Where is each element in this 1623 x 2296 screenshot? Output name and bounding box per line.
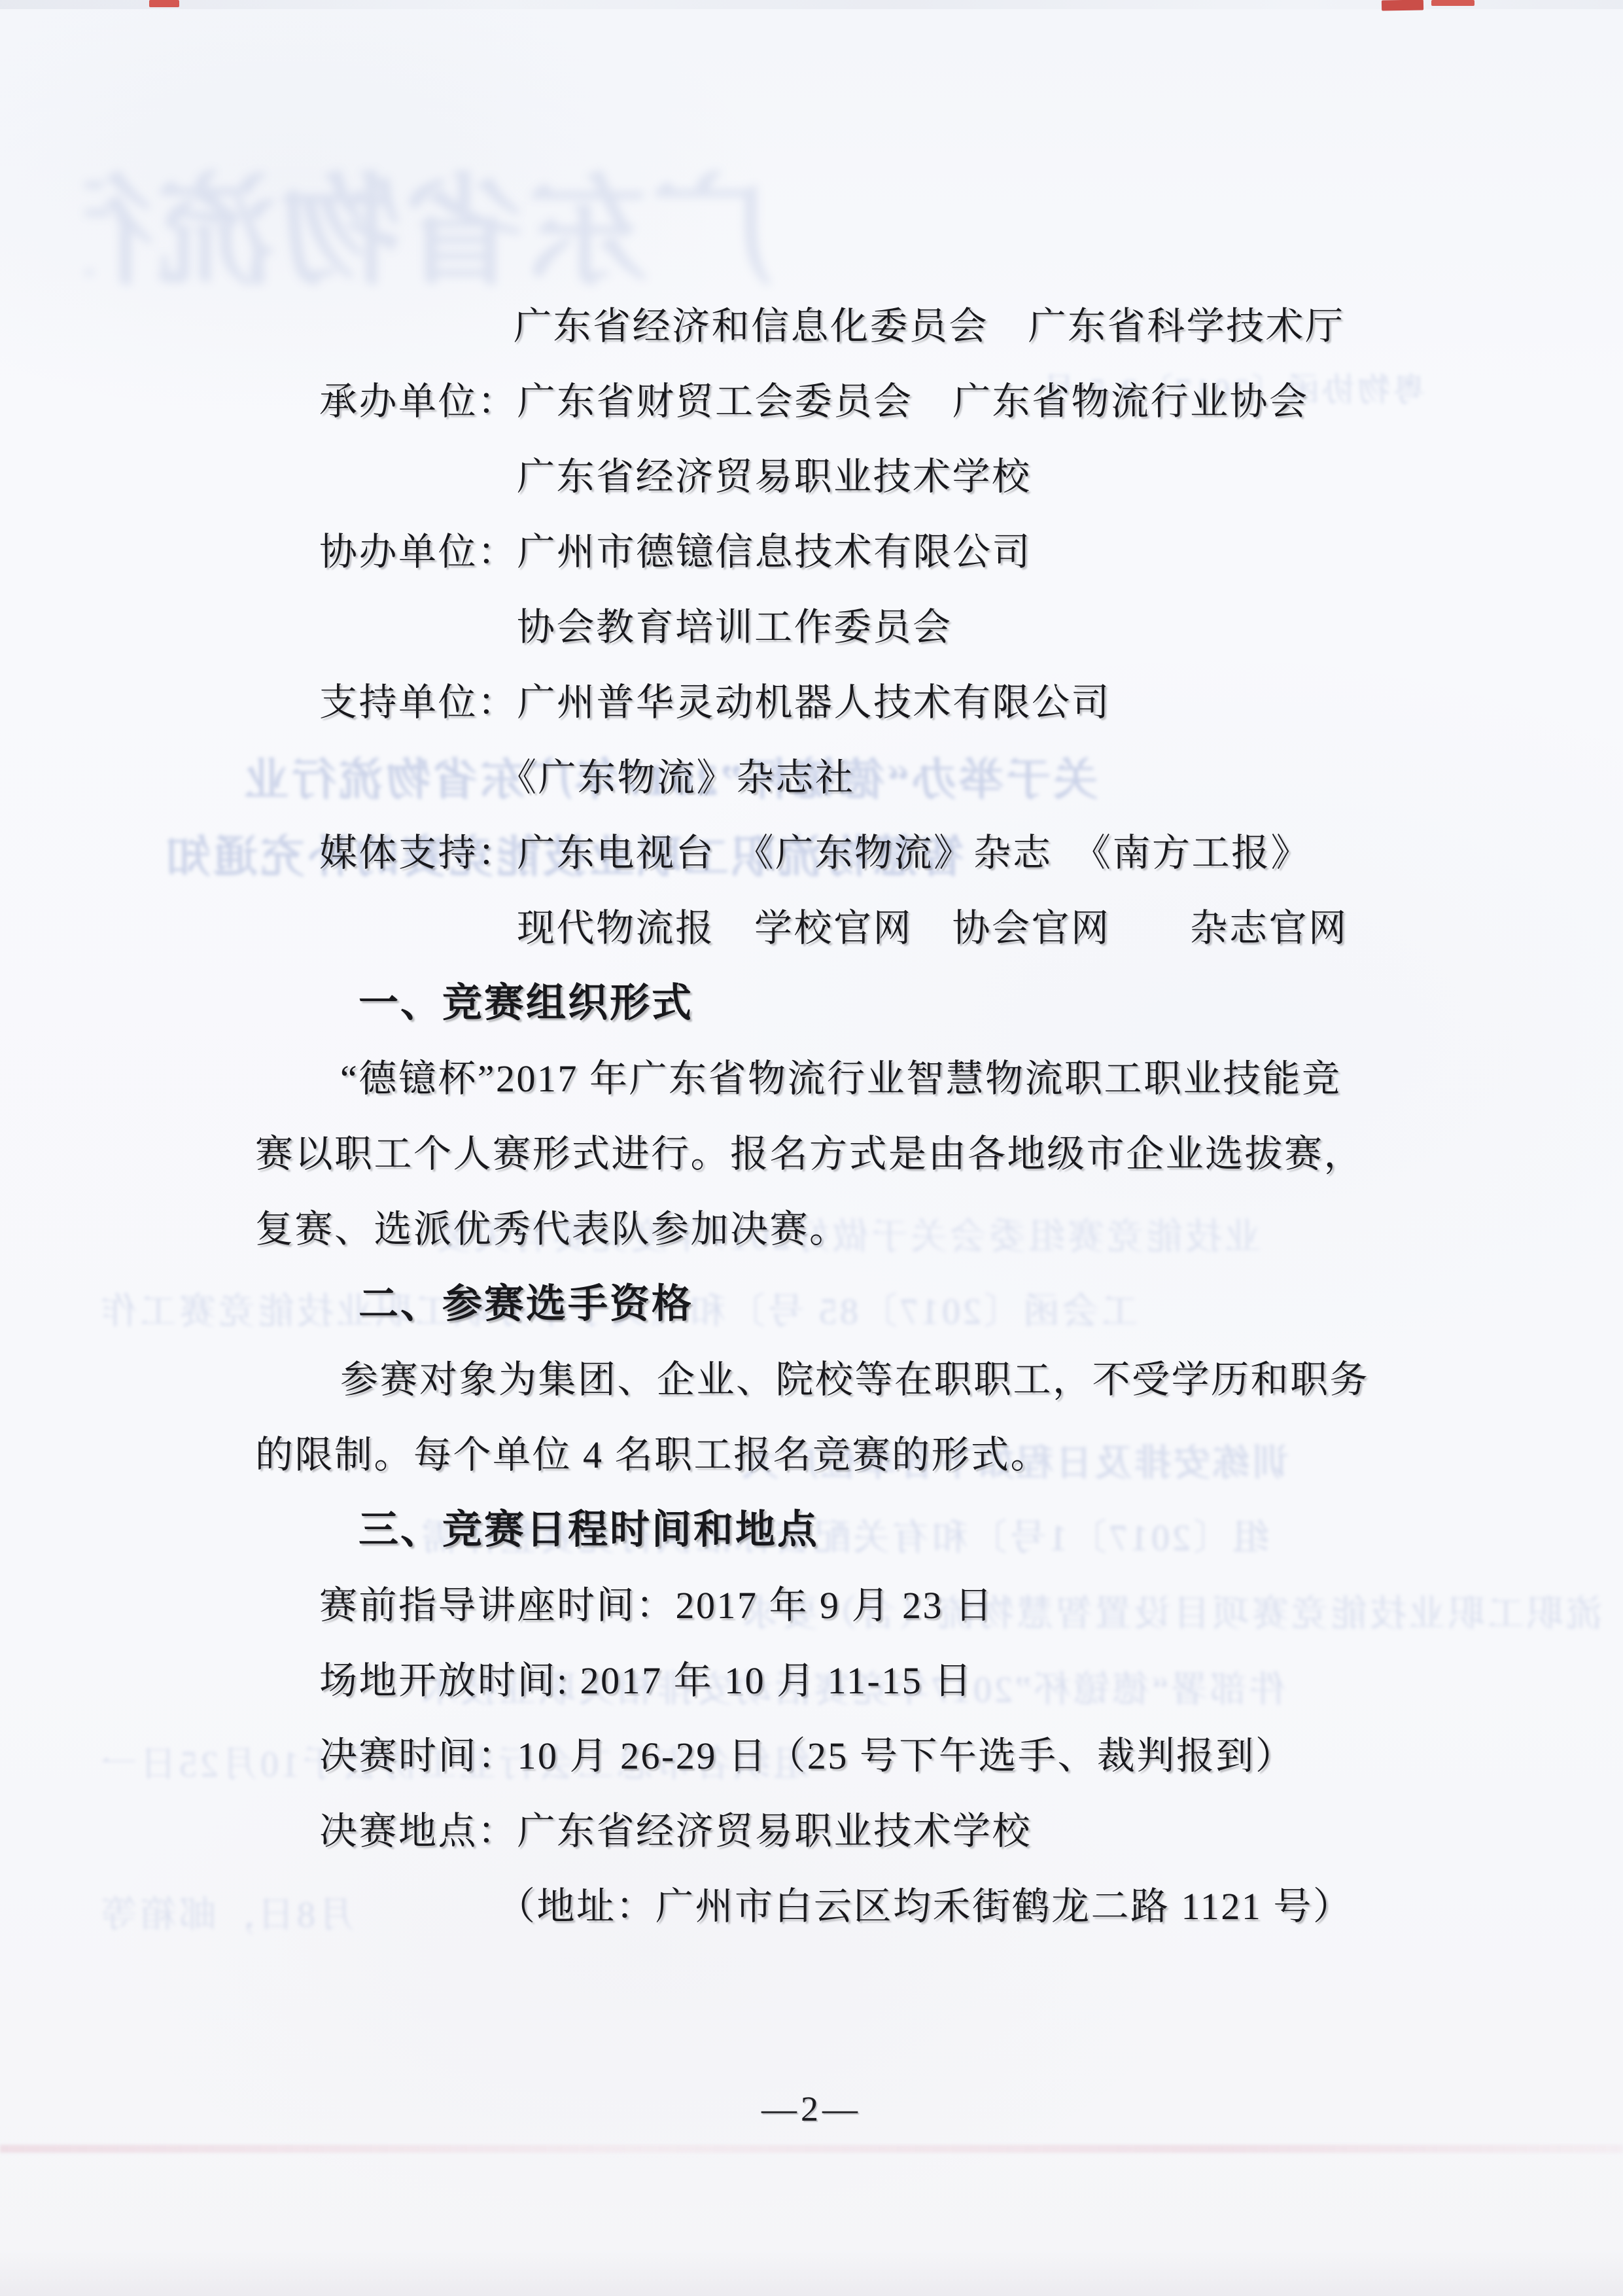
section-1-heading: 一、竞赛组织形式 — [358, 983, 693, 1023]
venue-open-time-line: 场地开放时间: 2017 年 10 月 11-15 日 — [319, 1662, 973, 1700]
document-page: 广东省物流行业协会 粤物协函〔2017〕3-5 号 关于举办“德镱杯”2017年… — [0, 0, 1623, 2296]
scan-pink-streak — [0, 2145, 1623, 2153]
section-2-heading: 二、参赛选手资格 — [358, 1284, 693, 1324]
red-scan-mark-left — [149, 0, 179, 7]
lecture-time-line: 赛前指导讲座时间：2017 年 9 月 23 日 — [319, 1587, 994, 1625]
organizer-cont-line: 广东省经济贸易职业技术学校 — [517, 458, 1032, 496]
ghost-fragment: 月8日，邮箱等 — [98, 1886, 355, 1938]
section-3-heading: 三、竞赛日程时间和地点 — [358, 1510, 819, 1550]
supporter-cont-line: 《广东物流》杂志社 — [498, 759, 855, 797]
host-orgs-line: 广东省经济和信息化委员会 广东省科学技术厅 — [514, 308, 1345, 345]
scan-noise-band — [0, 0, 1623, 9]
page-number: —2— — [0, 2089, 1623, 2129]
final-venue-line: 决赛地点：广东省经济贸易职业技术学校 — [319, 1812, 1032, 1850]
final-time-line: 决赛时间：10 月 26-29 日（25 号下午选手、裁判报到） — [319, 1737, 1295, 1775]
section-2-para-line-2: 的限制。每个单位 4 名职工报名竞赛的形式。 — [255, 1436, 1050, 1474]
co-organizer-cont-line: 协会教育培训工作委员会 — [517, 609, 952, 646]
supporter-label-line: 支持单位：广州普华灵动机器人技术有限公司 — [319, 684, 1111, 722]
media-support-label-line: 媒体支持：广东电视台 《广东物流》杂志 《南方工报》 — [319, 834, 1310, 872]
final-address-line: （地址：广州市白云区均禾街鹤龙二路 1121 号） — [497, 1888, 1352, 1926]
media-support-cont-line: 现代物流报 学校官网 协会官网 杂志官网 — [517, 910, 1348, 947]
section-1-para-line-3: 复赛、选派优秀代表队参加决赛。 — [255, 1210, 849, 1248]
section-2-para-line-1: 参赛对象为集团、企业、院校等在职职工，不受学历和职务 — [340, 1361, 1369, 1399]
red-scan-mark-right-2 — [1431, 0, 1475, 6]
co-organizer-label-line: 协办单位：广州市德镱信息技术有限公司 — [319, 533, 1032, 571]
organizer-label-line: 承办单位：广东省财贸工会委员会 广东省物流行业协会 — [319, 383, 1309, 421]
scan-bottom-tint — [0, 2250, 1623, 2296]
red-scan-mark-right-1 — [1382, 0, 1423, 11]
ghost-top-left-banner: 广东省物流行业协会 — [85, 134, 772, 308]
section-1-para-line-2: 赛以职工个人赛形式进行。报名方式是由各地级市企业选拔赛， — [255, 1135, 1363, 1173]
section-1-para-line-1: “德镱杯”2017 年广东省物流行业智慧物流职工职业技能竞 — [340, 1060, 1342, 1098]
